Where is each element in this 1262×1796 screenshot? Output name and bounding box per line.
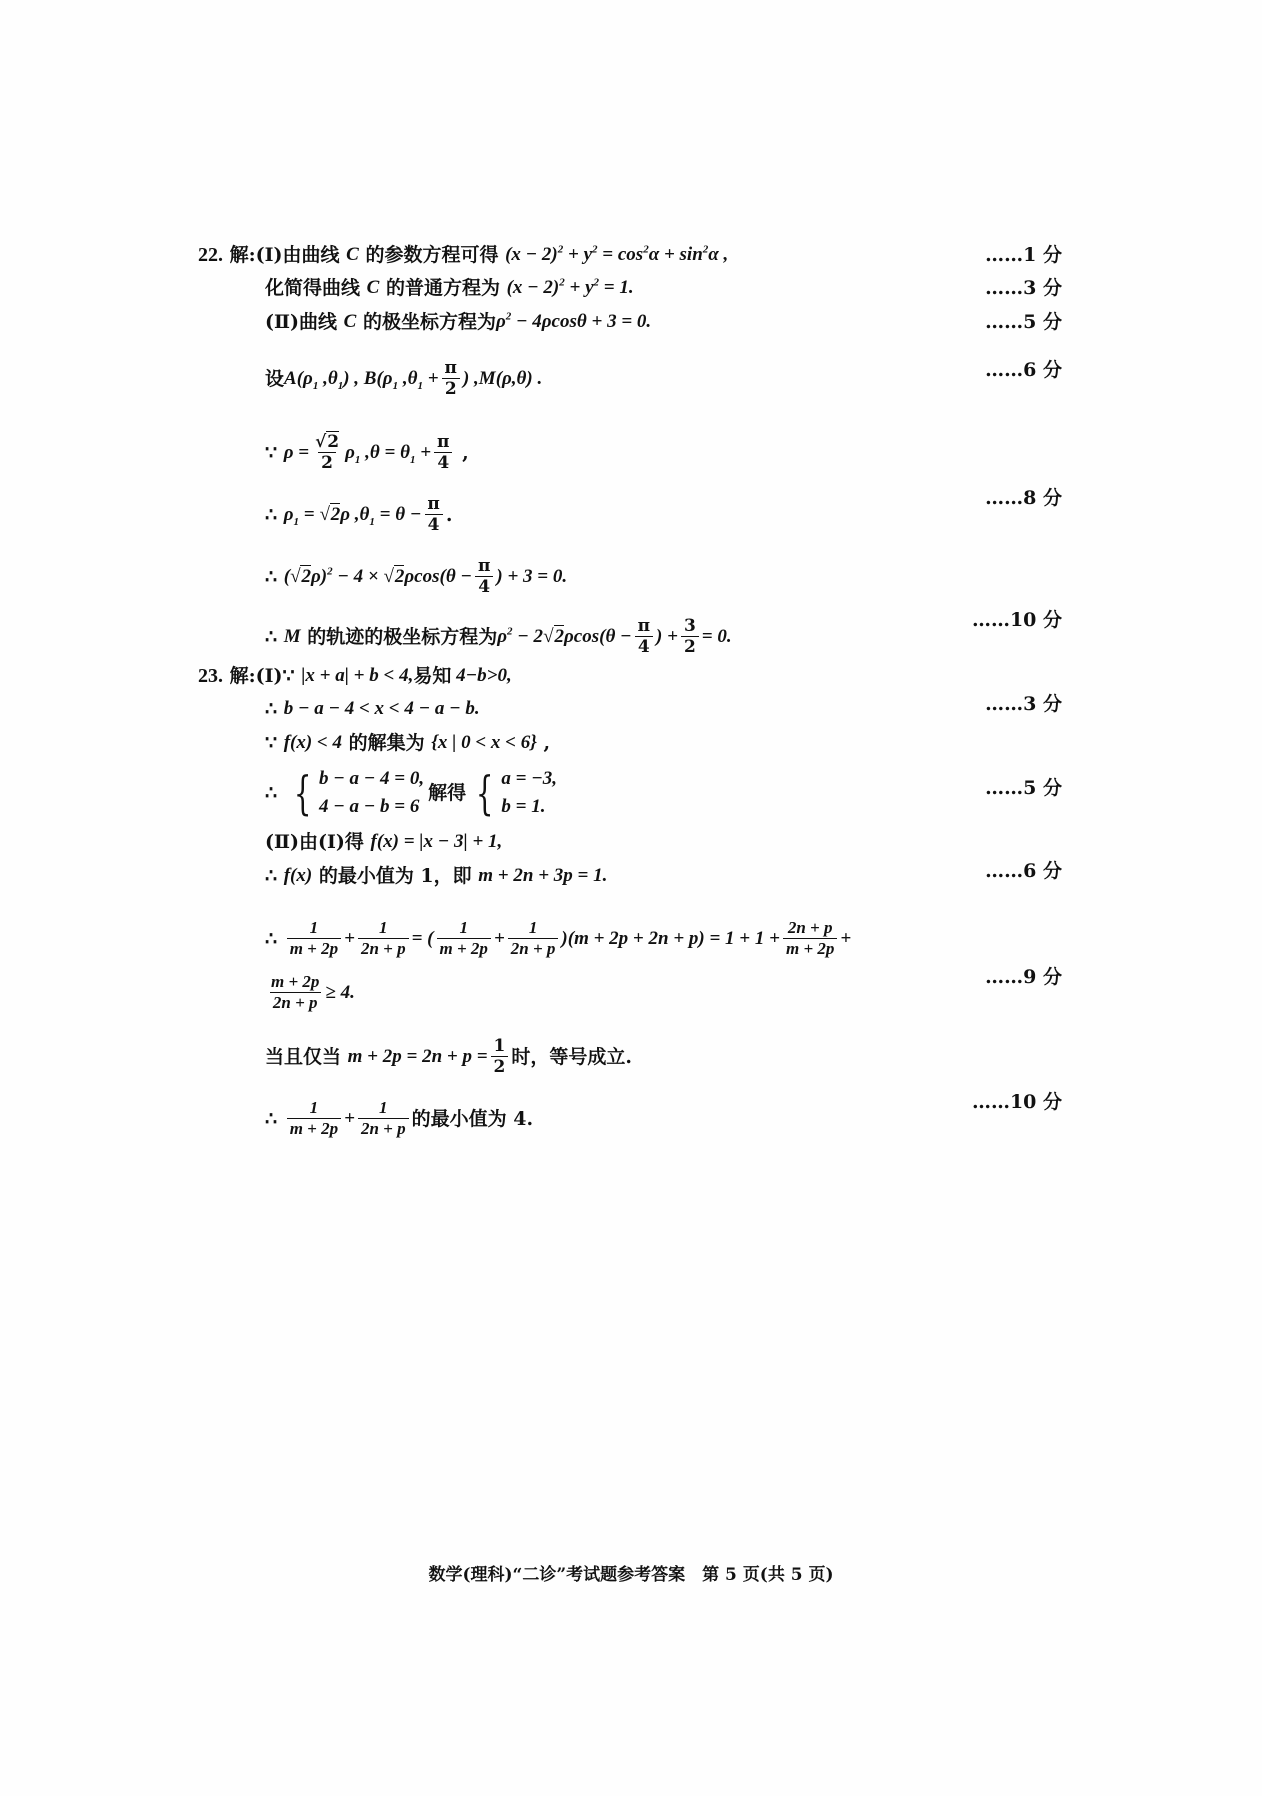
text-segment: (Ⅱ)曲线 [265, 310, 337, 334]
fraction: m + 2p2n + p [268, 972, 322, 1013]
fraction: 32 [681, 616, 699, 657]
text-segment: (Ⅰ)由曲线 [256, 243, 340, 267]
text-segment: 易知 [413, 664, 451, 688]
fraction: 1m + 2p [437, 918, 491, 959]
score-mark: ……10 分 [972, 1090, 1062, 1114]
score-mark: ……1 分 [985, 243, 1062, 267]
q23-line-9: 当且仅当 m + 2p = 2n + p = 12 时，等号成立. [265, 1036, 632, 1077]
score-mark: ……6 分 [985, 859, 1062, 883]
text-segment: (Ⅱ)由(Ⅰ)得 [265, 830, 364, 854]
formula: ρ2 − 4ρcosθ + 3 = 0. [496, 310, 651, 334]
q23-line-8: m + 2p2n + p ≥ 4. [265, 972, 355, 1013]
q22-line-4: 设 A(ρ1 ,θ1) , B(ρ1 ,θ1 + π2 ) ,M(ρ,θ) . [265, 358, 542, 399]
q23-line-6: ∴ f(x) 的最小值为 1，即 m + 2n + 3p = 1. [265, 864, 607, 888]
fraction: 12n + p [358, 1098, 409, 1139]
text-segment: 的轨迹的极坐标方程为 [307, 625, 497, 649]
q22-line-5: ∵ ρ = √22 ρ1 ,θ = θ1 + π4 , [265, 432, 469, 473]
score-mark: ……9 分 [985, 965, 1062, 989]
q23-line-10: ∴ 1m + 2p + 12n + p 的最小值为 4. [265, 1098, 533, 1139]
fraction: π2 [442, 358, 460, 399]
q23-line-2: ∴ b − a − 4 < x < 4 − a − b. [265, 697, 480, 721]
text-segment: (Ⅰ)∵ [256, 664, 295, 688]
text-segment: 化简得曲线 [265, 276, 360, 300]
question-number: 22. [198, 243, 223, 267]
q23-line-7: ∴ 1m + 2p + 12n + p = ( 1m + 2p + 12n + … [265, 918, 851, 959]
score-mark: ……6 分 [985, 358, 1062, 382]
solution-label: 解: [230, 243, 256, 267]
text-segment: 的普通方程为 [386, 276, 500, 300]
fraction: π4 [475, 556, 493, 597]
fraction: 2n + pm + 2p [783, 918, 837, 959]
q22-line-7: ∴ (√2ρ)2 − 4 × √2ρcos(θ − π4 ) + 3 = 0. [265, 556, 567, 597]
fraction: π4 [434, 432, 452, 473]
equation-system: { b − a − 4 = 0,4 − a − b = 6 [288, 765, 424, 821]
text-segment: 当且仅当 [265, 1045, 341, 1069]
q22-line-3: (Ⅱ)曲线 C 的极坐标方程为 ρ2 − 4ρcosθ + 3 = 0. [265, 310, 651, 334]
formula: A(ρ1 ,θ1) , B(ρ1 ,θ1 + [284, 367, 439, 391]
text-segment: 的极坐标方程为 [363, 310, 496, 334]
document-page: 22. 解: (Ⅰ)由曲线 C 的参数方程可得 (x − 2)2 + y2 = … [0, 0, 1262, 1796]
text-segment: 的最小值为 4. [412, 1107, 533, 1131]
score-mark: ……5 分 [985, 310, 1062, 334]
fraction: 1m + 2p [287, 1098, 341, 1139]
solution-label: 解: [230, 664, 256, 688]
score-mark: ……8 分 [985, 486, 1062, 510]
score-mark: ……3 分 [985, 692, 1062, 716]
score-mark: ……10 分 [972, 608, 1062, 632]
fraction: √22 [312, 432, 342, 473]
formula: (x − 2)2 + y2 = cos2α + sin2α , [505, 243, 728, 267]
fraction: 12n + p [508, 918, 559, 959]
fraction: 12n + p [358, 918, 409, 959]
score-mark: ……5 分 [985, 776, 1062, 800]
fraction: π4 [635, 616, 653, 657]
q23-line-1: 23. 解: (Ⅰ)∵ |x + a| + b < 4,易知 4−b>0, [198, 664, 512, 688]
fraction: 12 [491, 1036, 509, 1077]
score-mark: ……3 分 [985, 276, 1062, 300]
formula: ) ,M(ρ,θ) . [463, 367, 542, 391]
q23-line-3: ∵ f(x) < 4 的解集为 {x | 0 < x < 6} , [265, 731, 550, 755]
q22-line-6: ∴ ρ1 = √2ρ ,θ1 = θ − π4 . [265, 494, 452, 535]
q22-line-2: 化简得曲线 C 的普通方程为 (x − 2)2 + y2 = 1. [265, 276, 634, 300]
fraction: 1m + 2p [287, 918, 341, 959]
text-segment: 的解集为 [349, 731, 425, 755]
fraction: π4 [424, 494, 442, 535]
text-segment: 时，等号成立. [511, 1045, 632, 1069]
formula: (x − 2)2 + y2 = 1. [507, 276, 634, 300]
text-segment: 的最小值为 1，即 [319, 864, 472, 888]
question-number: 23. [198, 664, 223, 688]
q23-line-4: ∴ { b − a − 4 = 0,4 − a − b = 6 解得 { a =… [265, 765, 561, 821]
text-segment: 设 [265, 367, 284, 391]
solution-system: { a = −3,b = 1. [470, 765, 557, 821]
q23-line-5: (Ⅱ)由(Ⅰ)得 f(x) = |x − 3| + 1, [265, 830, 502, 854]
page-footer: 数学(理科)“二诊”考试题参考答案 第 5 页(共 5 页) [0, 1560, 1262, 1585]
q22-line-1: 22. 解: (Ⅰ)由曲线 C 的参数方程可得 (x − 2)2 + y2 = … [198, 243, 728, 267]
q22-line-8: ∴ M 的轨迹的极坐标方程为 ρ2 − 2√2ρcos(θ − π4 ) + 3… [265, 616, 732, 657]
text-segment: 解得 [428, 781, 466, 805]
text-segment: 的参数方程可得 [365, 243, 498, 267]
